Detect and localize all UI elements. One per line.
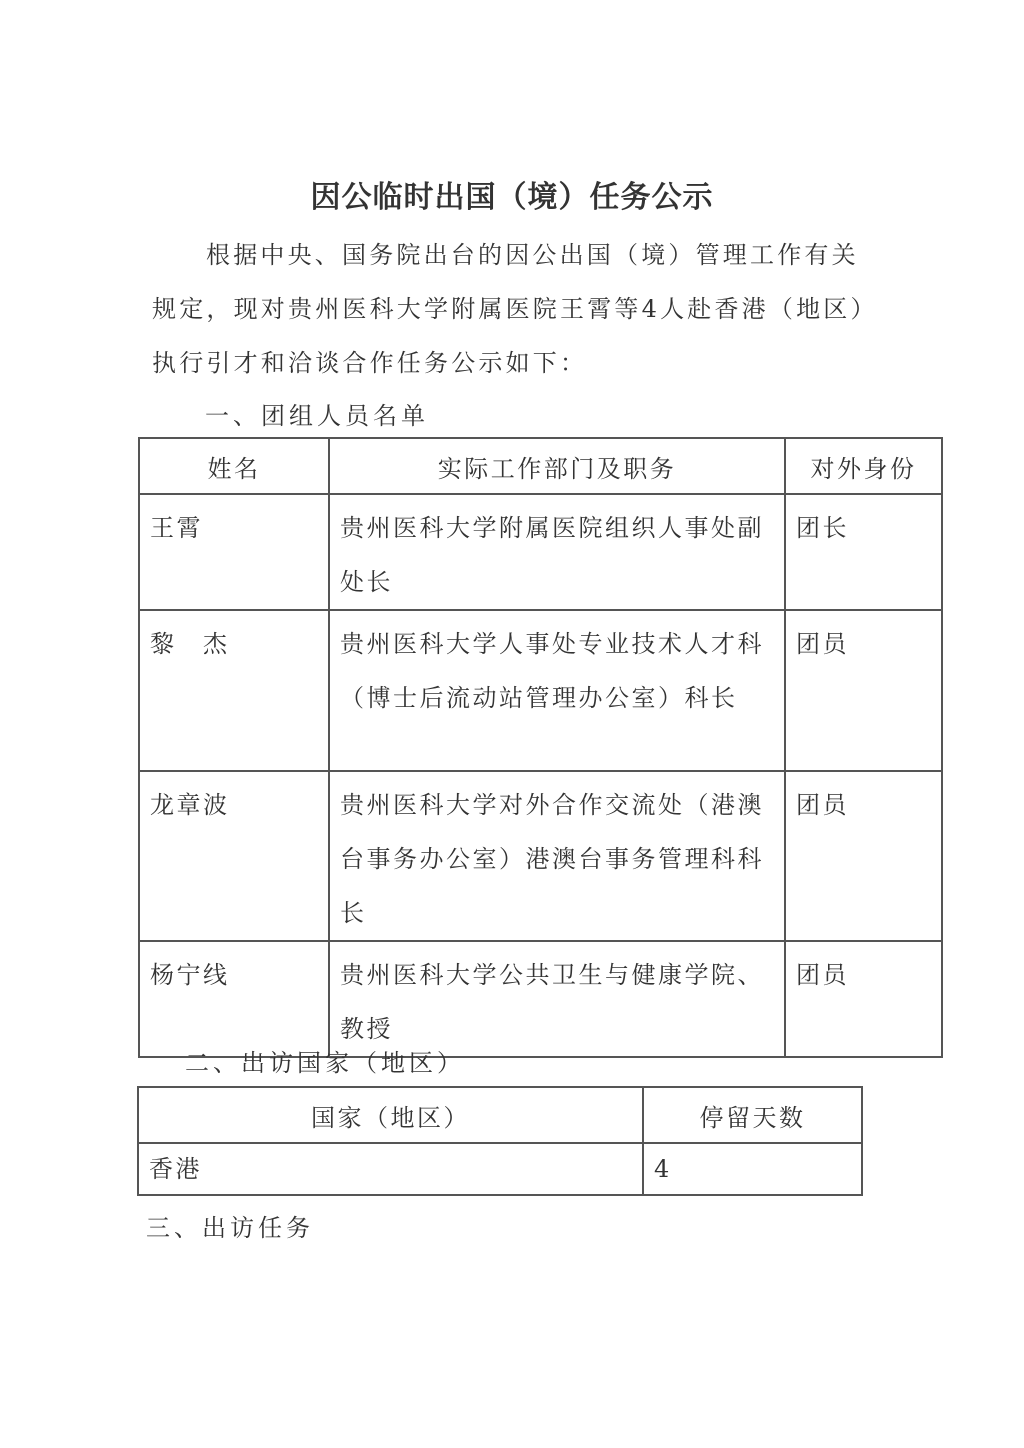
delegation-members-table: 姓名 实际工作部门及职务 对外身份 王霄 贵州医科大学附属医院组织人事处副处长 … (138, 437, 943, 1058)
column-header: 实际工作部门及职务 (329, 438, 785, 494)
member-name: 龙章波 (139, 771, 329, 941)
destination-table: 国家（地区） 停留天数 香港 4 (137, 1086, 863, 1196)
column-header: 国家（地区） (138, 1087, 643, 1143)
section3-heading: 三、出访任务 (146, 1208, 314, 1243)
member-role: 团员 (785, 941, 942, 1057)
member-name: 王霄 (139, 494, 329, 610)
table-row: 王霄 贵州医科大学附属医院组织人事处副处长 团长 (139, 494, 942, 610)
table-header-row: 姓名 实际工作部门及职务 对外身份 (139, 438, 942, 494)
member-dept: 贵州医科大学人事处专业技术人才科（博士后流动站管理办公室）科长 (329, 610, 785, 771)
intro-paragraph: 根据中央、国务院出台的因公出国（境）管理工作有关规定，现对贵州医科大学附属医院王… (152, 228, 882, 390)
member-name: 杨宁线 (139, 941, 329, 1057)
table-row: 杨宁线 贵州医科大学公共卫生与健康学院、教授 团员 (139, 941, 942, 1057)
stay-days: 4 (643, 1143, 862, 1195)
table-row: 黎 杰 贵州医科大学人事处专业技术人才科（博士后流动站管理办公室）科长 团员 (139, 610, 942, 771)
member-role: 团长 (785, 494, 942, 610)
section2-heading: 二、出访国家（地区） (185, 1043, 465, 1078)
table-row: 香港 4 (138, 1143, 862, 1195)
table-row: 龙章波 贵州医科大学对外合作交流处（港澳台事务办公室）港澳台事务管理科科长 团员 (139, 771, 942, 941)
member-dept: 贵州医科大学附属医院组织人事处副处长 (329, 494, 785, 610)
member-role: 团员 (785, 771, 942, 941)
member-role: 团员 (785, 610, 942, 771)
member-dept: 贵州医科大学公共卫生与健康学院、教授 (329, 941, 785, 1057)
document-title: 因公临时出国（境）任务公示 (0, 172, 1024, 216)
member-dept: 贵州医科大学对外合作交流处（港澳台事务办公室）港澳台事务管理科科长 (329, 771, 785, 941)
column-header: 停留天数 (643, 1087, 862, 1143)
table-header-row: 国家（地区） 停留天数 (138, 1087, 862, 1143)
destination-country: 香港 (138, 1143, 643, 1195)
column-header: 姓名 (139, 438, 329, 494)
member-name: 黎 杰 (139, 610, 329, 771)
section1-heading: 一、团组人员名单 (205, 396, 429, 431)
column-header: 对外身份 (785, 438, 942, 494)
